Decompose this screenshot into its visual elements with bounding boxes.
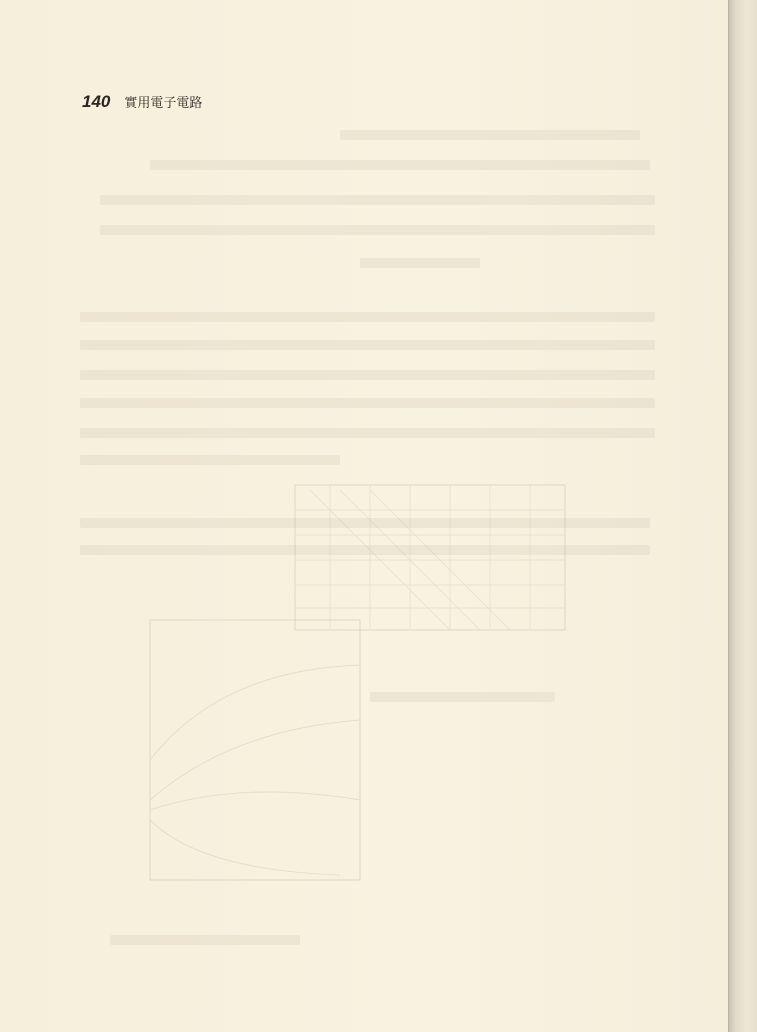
page-number: 140 <box>82 92 110 112</box>
bleed-through-curves <box>140 610 370 890</box>
bleed-through-text <box>360 258 480 268</box>
bleed-through-text <box>150 160 650 170</box>
bleed-through-text <box>370 692 555 702</box>
bleed-through-text <box>80 398 655 408</box>
bleed-through-text <box>80 428 655 438</box>
running-title: 實用電子電路 <box>124 92 202 111</box>
bleed-through-text <box>110 935 300 945</box>
bleed-through-text <box>100 195 655 205</box>
book-page: 140 實用電子電路 <box>0 0 728 1032</box>
bleed-through-text <box>100 225 655 235</box>
bleed-through-text <box>340 130 640 140</box>
bleed-through-text <box>80 340 655 350</box>
book-gutter-edge <box>728 0 757 1032</box>
bleed-through-text <box>80 370 655 380</box>
page-header: 140 實用電子電路 <box>82 92 202 112</box>
bleed-through-text <box>80 312 655 322</box>
bleed-through-text <box>80 455 340 465</box>
